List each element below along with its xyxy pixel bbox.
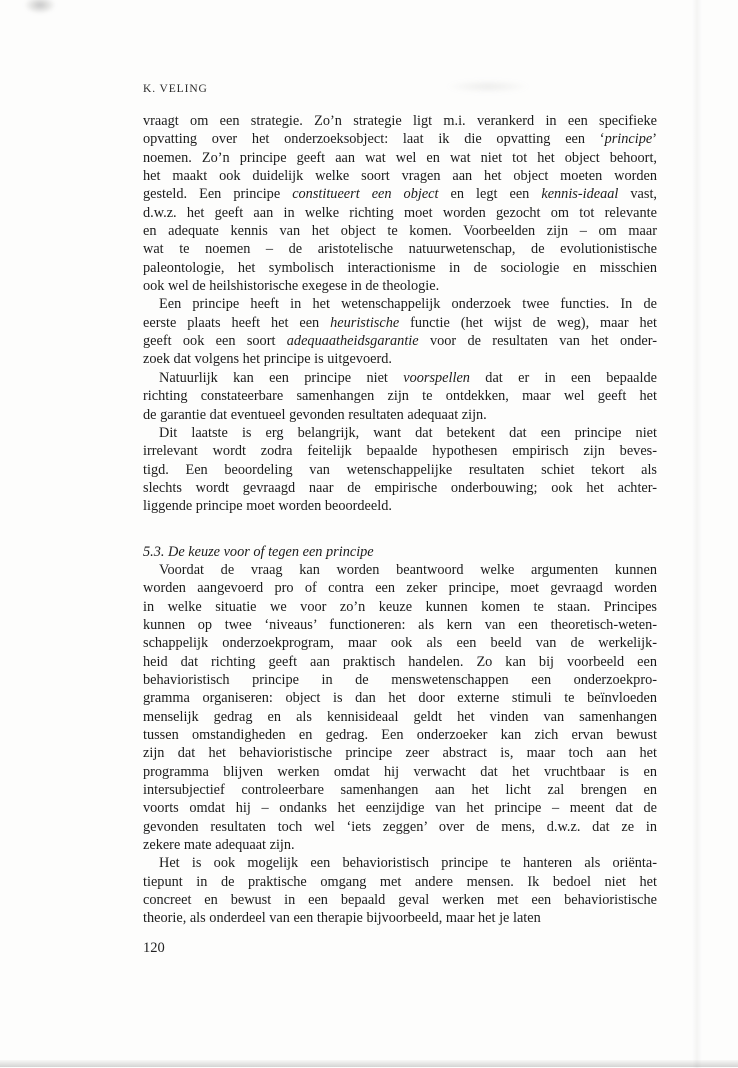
- paragraph: Natuurlijk kan een principe niet voorspe…: [143, 369, 657, 424]
- text-segment: functie (het wijst de weg), maar het: [399, 315, 657, 331]
- emphasized-text: adequaatheidsgarantie: [287, 333, 419, 349]
- text-segment: richting constateerbare samenhangen zijn…: [143, 388, 657, 404]
- text-line: irrelevant wordt zodra feitelijk bepaald…: [143, 442, 657, 460]
- text-line: gevonden resultaten toch wel ‘iets zegge…: [143, 818, 657, 836]
- text-line: richting constateerbare samenhangen zijn…: [143, 387, 657, 405]
- text-line: gesteld. Een principe constitueert een o…: [143, 185, 657, 203]
- text-segment: slechts wordt gevraagd naar de empirisch…: [143, 480, 657, 496]
- text-segment: tigd. Een beoordeling van wetenschappeli…: [143, 462, 657, 478]
- running-header: K. VELING: [143, 83, 208, 95]
- text-segment: worden aangevoerd pro of contra een zeke…: [143, 580, 657, 596]
- page-number: 120: [143, 940, 165, 957]
- text-line: gramma organiseren: object is dan het do…: [143, 689, 657, 707]
- text-line: zekere mate adequaat zijn.: [143, 836, 657, 854]
- text-line: Natuurlijk kan een principe niet voorspe…: [143, 369, 657, 387]
- text-segment: en legt een: [439, 186, 542, 202]
- paragraph: Een principe heeft in het wetenschappeli…: [143, 295, 657, 368]
- text-segment: geeft ook een soort: [143, 333, 287, 349]
- text-line: 5.3. De keuze voor of tegen een principe: [143, 543, 657, 561]
- text-segment: ook wel de heilshistorische exegese in d…: [143, 278, 439, 294]
- text-line: heid dat richting geeft aan praktisch ha…: [143, 653, 657, 671]
- text-segment: schappelijk onderzoekprogram, maar ook a…: [143, 635, 657, 651]
- paragraph: vraagt om een strategie. Zo’n strategie …: [143, 112, 657, 295]
- text-line: eerste plaats heeft het een heuristische…: [143, 314, 657, 332]
- text-segment: intersubjectief controleerbare samenhang…: [143, 782, 657, 798]
- text-segment: Voordat de vraag kan worden beantwoord w…: [159, 562, 657, 578]
- text-line: liggende principe moet worden beoordeeld…: [143, 497, 657, 515]
- text-line: tussen omstandigheden en gedrag. Een ond…: [143, 726, 657, 744]
- text-line: en adequate kennis van het object te kom…: [143, 222, 657, 240]
- paragraph: Voordat de vraag kan worden beantwoord w…: [143, 561, 657, 855]
- text-segment: in welke situatie we voor zo’n keuze kun…: [143, 599, 657, 615]
- text-line: noemen. Zo’n principe geeft aan wat wel …: [143, 149, 657, 167]
- text-line: tigd. Een beoordeling van wetenschappeli…: [143, 461, 657, 479]
- text-segment: vraagt om een strategie. Zo’n strategie …: [143, 113, 657, 129]
- text-line: zoek dat volgens het principe is uitgevo…: [143, 350, 657, 368]
- text-segment: Het is ook mogelijk een behavioristisch …: [159, 855, 657, 871]
- text-segment: zijn dat het behavioristische principe z…: [143, 745, 657, 761]
- text-line: het maakt ook duidelijk welke soort vrag…: [143, 167, 657, 185]
- text-segment: ’: [652, 131, 657, 147]
- text-segment: wat te noemen – de aristotelische natuur…: [143, 241, 657, 257]
- text-line: kunnen op twee ‘niveaus’ functioneren: a…: [143, 616, 657, 634]
- text-line: voorts omdat hij – ondanks het eenzijdig…: [143, 799, 657, 817]
- text-segment: opvatting over het onderzoeksobject: laa…: [143, 131, 605, 147]
- text-segment: heid dat richting geeft aan praktisch ha…: [143, 654, 657, 670]
- text-segment: Dit laatste is erg belangrijk, want dat …: [159, 425, 657, 441]
- emphasized-text: heuristische: [330, 315, 399, 331]
- text-segment: gesteld. Een principe: [143, 186, 292, 202]
- text-line: opvatting over het onderzoeksobject: laa…: [143, 130, 657, 148]
- text-line: worden aangevoerd pro of contra een zeke…: [143, 579, 657, 597]
- text-segment: liggende principe moet worden beoordeeld…: [143, 498, 392, 514]
- text-segment: irrelevant wordt zodra feitelijk bepaald…: [143, 443, 657, 459]
- text-line: theorie, als onderdeel van een therapie …: [143, 909, 657, 927]
- text-line: menselijk gedrag en als kennisideaal gel…: [143, 708, 657, 726]
- text-segment: noemen. Zo’n principe geeft aan wat wel …: [143, 150, 657, 166]
- text-line: tiepunt in de praktische omgang met ande…: [143, 873, 657, 891]
- text-segment: vast,: [618, 186, 657, 202]
- text-line: de garantie dat eventueel gevonden resul…: [143, 406, 657, 424]
- paragraph: Het is ook mogelijk een behavioristisch …: [143, 854, 657, 927]
- emphasized-text: constitueert een object: [292, 186, 438, 202]
- text-line: schappelijk onderzoekprogram, maar ook a…: [143, 634, 657, 652]
- text-line: Een principe heeft in het wetenschappeli…: [143, 295, 657, 313]
- text-segment: gevonden resultaten toch wel ‘iets zegge…: [143, 819, 657, 835]
- text-line: Dit laatste is erg belangrijk, want dat …: [143, 424, 657, 442]
- text-segment: d.w.z. het geeft aan in welke richting m…: [143, 205, 657, 221]
- text-segment: behavioristisch principe in de mensweten…: [143, 672, 657, 688]
- text-line: behavioristisch principe in de mensweten…: [143, 671, 657, 689]
- text-line: zijn dat het behavioristische principe z…: [143, 744, 657, 762]
- text-segment: dat er in een bepaalde: [470, 370, 657, 386]
- text-segment: tiepunt in de praktische omgang met ande…: [143, 874, 657, 890]
- text-line: programma blijven werken omdat hij verwa…: [143, 763, 657, 781]
- emphasized-text: kennis-ideaal: [541, 186, 618, 202]
- scan-smudge-artifact: [24, 0, 56, 14]
- text-segment: kunnen op twee ‘niveaus’ functioneren: a…: [143, 617, 657, 633]
- text-segment: zekere mate adequaat zijn.: [143, 837, 295, 853]
- text-segment: Een principe heeft in het wetenschappeli…: [159, 296, 657, 312]
- document-page: K. VELING vraagt om een strategie. Zo’n …: [0, 0, 738, 1068]
- text-line: ook wel de heilshistorische exegese in d…: [143, 277, 657, 295]
- text-segment: zoek dat volgens het principe is uitgevo…: [143, 351, 392, 367]
- text-segment: Natuurlijk kan een principe niet: [159, 370, 403, 386]
- emphasized-text: principe: [605, 131, 653, 147]
- text-segment: de garantie dat eventueel gevonden resul…: [143, 407, 487, 423]
- text-line: paleontologie, het symbolisch interactio…: [143, 259, 657, 277]
- text-segment: voor de resultaten van het onder-: [419, 333, 657, 349]
- text-segment: gramma organiseren: object is dan het do…: [143, 690, 657, 706]
- text-segment: theorie, als onderdeel van een therapie …: [143, 910, 541, 926]
- text-line: Het is ook mogelijk een behavioristisch …: [143, 854, 657, 872]
- paragraph: Dit laatste is erg belangrijk, want dat …: [143, 424, 657, 516]
- scan-smudge-artifact: [446, 80, 530, 93]
- text-segment: menselijk gedrag en als kennisideaal gel…: [143, 709, 657, 725]
- text-line: vraagt om een strategie. Zo’n strategie …: [143, 112, 657, 130]
- text-segment: tussen omstandigheden en gedrag. Een ond…: [143, 727, 657, 743]
- text-segment: programma blijven werken omdat hij verwa…: [143, 764, 657, 780]
- text-line: concreet en bewust in een bepaald geval …: [143, 891, 657, 909]
- emphasized-text: 5.3. De keuze voor of tegen een principe: [143, 544, 374, 560]
- text-line: intersubjectief controleerbare samenhang…: [143, 781, 657, 799]
- text-line: wat te noemen – de aristotelische natuur…: [143, 240, 657, 258]
- text-segment: het maakt ook duidelijk welke soort vrag…: [143, 168, 657, 184]
- emphasized-text: voorspellen: [403, 370, 470, 386]
- text-line: slechts wordt gevraagd naar de empirisch…: [143, 479, 657, 497]
- section-heading: 5.3. De keuze voor of tegen een principe: [143, 543, 657, 561]
- text-segment: eerste plaats heeft het een: [143, 315, 330, 331]
- text-segment: paleontologie, het symbolisch interactio…: [143, 260, 657, 276]
- scan-edge-shadow: [692, 0, 702, 1068]
- text-line: Voordat de vraag kan worden beantwoord w…: [143, 561, 657, 579]
- text-line: geeft ook een soort adequaatheidsgaranti…: [143, 332, 657, 350]
- scan-edge-shadow: [0, 1060, 738, 1067]
- text-segment: voorts omdat hij – ondanks het eenzijdig…: [143, 800, 657, 816]
- page-body: vraagt om een strategie. Zo’n strategie …: [143, 112, 657, 928]
- text-line: in welke situatie we voor zo’n keuze kun…: [143, 598, 657, 616]
- text-segment: concreet en bewust in een bepaald geval …: [143, 892, 657, 908]
- text-segment: en adequate kennis van het object te kom…: [143, 223, 657, 239]
- text-line: d.w.z. het geeft aan in welke richting m…: [143, 204, 657, 222]
